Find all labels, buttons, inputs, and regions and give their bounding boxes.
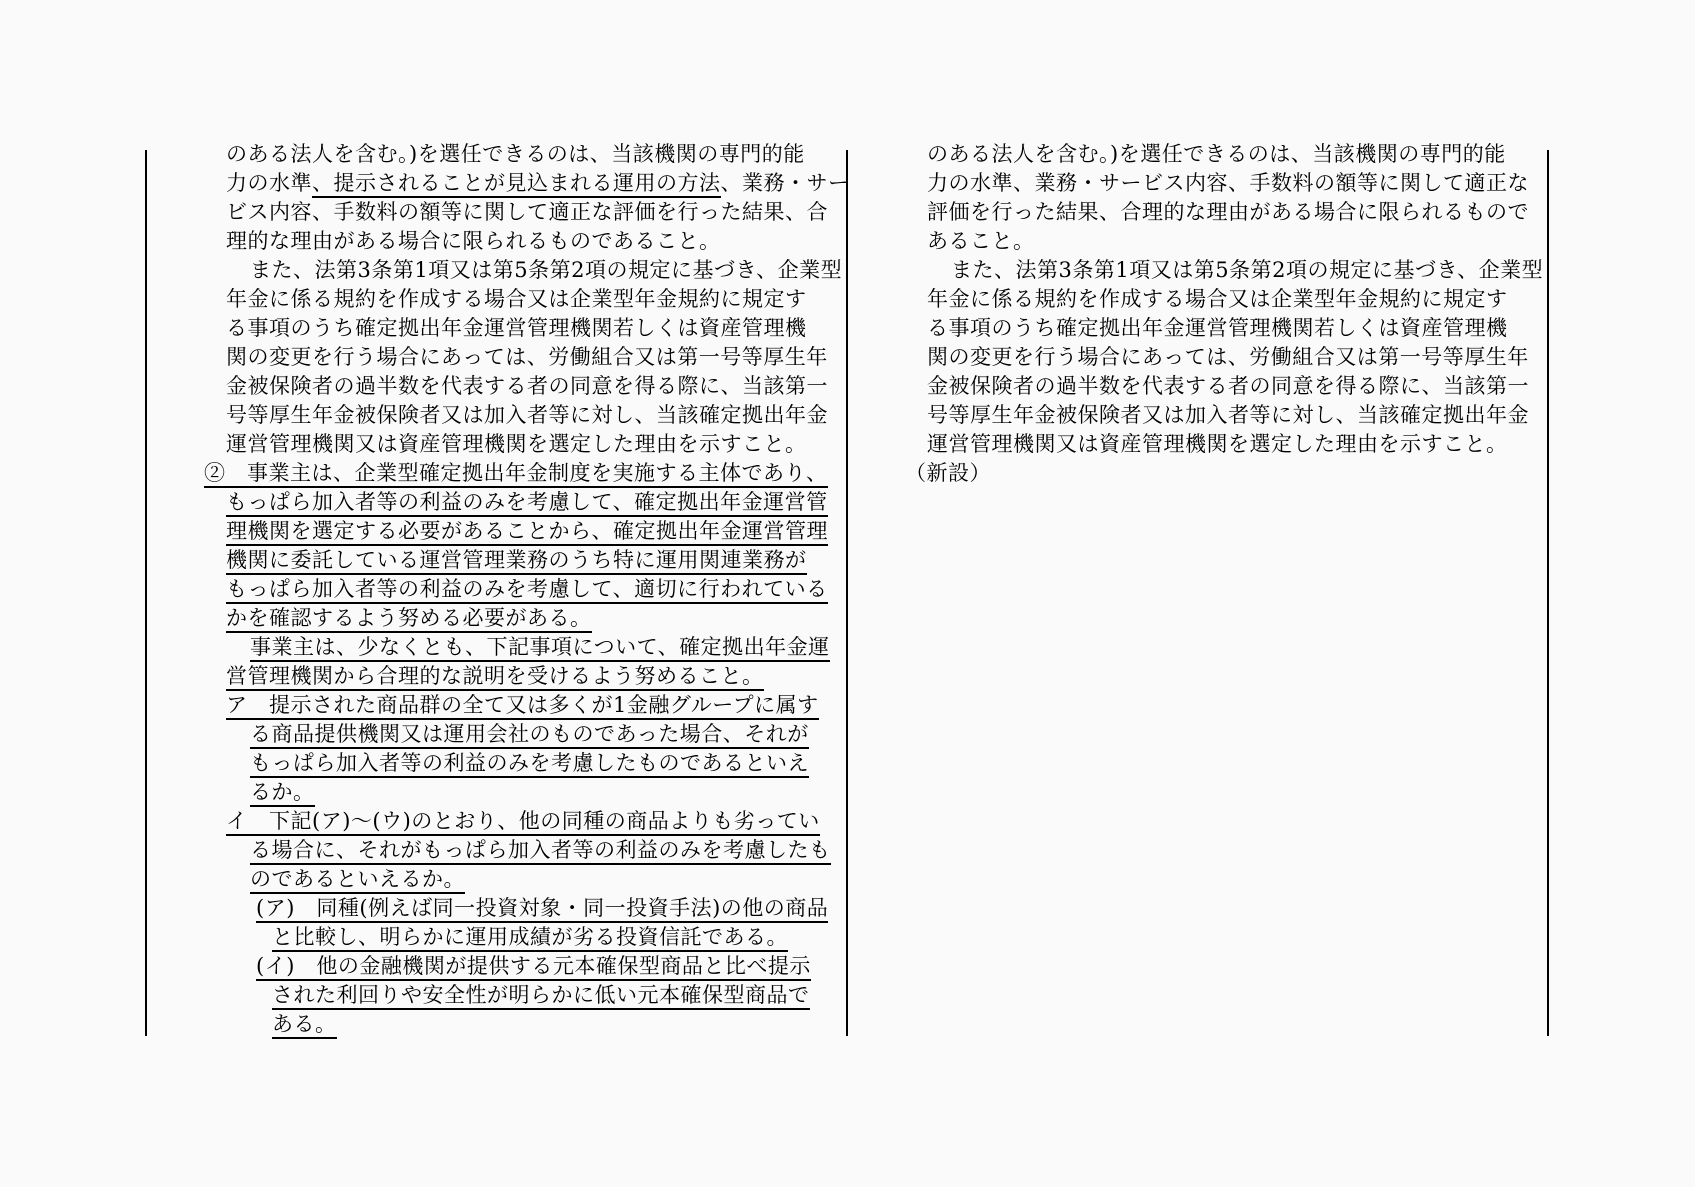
underlined-text-segment: る商品提供機関又は運用会社のものであった場合、それが [250,722,809,749]
text-line: 力の水準、提示されることが見込まれる運用の方法、業務・サー [204,169,854,198]
text-segment: 関の変更を行う場合にあっては、労働組合又は第一号等厚生年 [927,345,1529,369]
text-line: る商品提供機関又は運用会社のものであった場合、それが [204,720,854,749]
text-line: あること。 [905,227,1555,256]
text-line: 理機関を選定する必要があることから、確定拠出年金運営管理 [204,517,854,546]
text-segment: また、法第3条第1項又は第5条第2項の規定に基づき、企業型 [250,258,842,282]
text-line: 機関に委託している運営管理業務のうち特に運用関連業務が [204,546,854,575]
text-line: 号等厚生年金被保険者又は加入者等に対し、当該確定拠出年金 [905,401,1555,430]
text-line: 事業主は、少なくとも、下記事項について、確定拠出年金運 [204,633,854,662]
text-line: 年金に係る規約を作成する場合又は企業型年金規約に規定す [905,285,1555,314]
text-line: る事項のうち確定拠出年金運営管理機関若しくは資産管理機 [204,314,854,343]
text-line: ある。 [204,1010,854,1039]
text-line: 年金に係る規約を作成する場合又は企業型年金規約に規定す [204,285,854,314]
underlined-text-segment: された利回りや安全性が明らかに低い元本確保型商品で [272,983,810,1010]
underlined-text-segment: ア 提示された商品群の全て又は多くが1金融グループに属す [226,693,819,720]
text-line: る場合に、それがもっぱら加入者等の利益のみを考慮したも [204,836,854,865]
text-line: (イ) 他の金融機関が提供する元本確保型商品と比べ提示 [204,952,854,981]
underlined-text-segment: 営管理機関から合理的な説明を受けるよう努めること。 [226,664,764,691]
text-segment: 評価を行った結果、合理的な理由がある場合に限られるもので [927,200,1529,224]
underlined-text-segment: のであるといえるか。 [250,867,465,894]
text-line: ② 事業主は、企業型確定拠出年金制度を実施する主体であり、 [204,459,854,488]
underlined-text-segment: るか。 [250,780,315,807]
text-segment: 年金に係る規約を作成する場合又は企業型年金規約に規定す [927,287,1508,311]
underlined-text-segment: かを確認するよう努める必要がある。 [226,606,592,633]
text-line: もっぱら加入者等の利益のみを考慮して、適切に行われている [204,575,854,604]
text-segment: 力の水準 [226,171,312,195]
text-line: のある法人を含む。)を選任できるのは、当該機関の専門的能 [204,140,854,169]
text-segment: あること。 [927,229,1035,253]
text-line: また、法第3条第1項又は第5条第2項の規定に基づき、企業型 [204,256,854,285]
text-segment: のある法人を含む。)を選任できるのは、当該機関の専門的能 [226,142,805,166]
text-line: 力の水準、業務・サービス内容、手数料の額等に関して適正な [905,169,1555,198]
underlined-text-segment: る場合に、それがもっぱら加入者等の利益のみを考慮したも [250,838,831,865]
text-line: 号等厚生年金被保険者又は加入者等に対し、当該確定拠出年金 [204,401,854,430]
text-line: 関の変更を行う場合にあっては、労働組合又は第一号等厚生年 [905,343,1555,372]
text-line: ア 提示された商品群の全て又は多くが1金融グループに属す [204,691,854,720]
underlined-text-segment: ある。 [272,1012,337,1039]
text-segment: 理的な理由がある場合に限られるものであること。 [226,229,721,253]
text-line: 理的な理由がある場合に限られるものであること。 [204,227,854,256]
text-line: (ア) 同種(例えば同一投資対象・同一投資手法)の他の商品 [204,894,854,923]
text-line: 金被保険者の過半数を代表する者の同意を得る際に、当該第一 [905,372,1555,401]
text-line: 営管理機関から合理的な説明を受けるよう努めること。 [204,662,854,691]
underlined-text-segment: 、提示されることが見込まれる運用の方法 [312,171,721,198]
text-line: のある法人を含む。)を選任できるのは、当該機関の専門的能 [905,140,1555,169]
text-line: る事項のうち確定拠出年金運営管理機関若しくは資産管理機 [905,314,1555,343]
text-segment: 運営管理機関又は資産管理機関を選定した理由を示すこと。 [226,432,807,456]
text-segment: 、業務・サー [721,171,850,195]
text-line: 評価を行った結果、合理的な理由がある場合に限られるもので [905,198,1555,227]
text-segment: （新設） [905,461,991,485]
text-segment: る事項のうち確定拠出年金運営管理機関若しくは資産管理機 [226,316,807,340]
underlined-text-segment: 事業主は、少なくとも、下記事項について、確定拠出年金運 [250,635,830,662]
amended-text-column: のある法人を含む。)を選任できるのは、当該機関の専門的能力の水準、提示されること… [204,140,854,1039]
text-line: （新設） [905,459,1555,488]
text-line: イ 下記(ア)～(ウ)のとおり、他の同種の商品よりも劣ってい [204,807,854,836]
underlined-text-segment: イ 下記(ア)～(ウ)のとおり、他の同種の商品よりも劣ってい [226,809,820,836]
underlined-text-segment: もっぱら加入者等の利益のみを考慮して、確定拠出年金運営管 [226,490,828,517]
text-line: かを確認するよう努める必要がある。 [204,604,854,633]
text-line: また、法第3条第1項又は第5条第2項の規定に基づき、企業型 [905,256,1555,285]
text-line: 運営管理機関又は資産管理機関を選定した理由を示すこと。 [204,430,854,459]
text-line: 金被保険者の過半数を代表する者の同意を得る際に、当該第一 [204,372,854,401]
text-segment: ビス内容、手数料の額等に関して適正な評価を行った結果、合 [226,200,828,224]
text-segment: 金被保険者の過半数を代表する者の同意を得る際に、当該第一 [226,374,828,398]
text-segment: 金被保険者の過半数を代表する者の同意を得る際に、当該第一 [927,374,1529,398]
text-line: 運営管理機関又は資産管理機関を選定した理由を示すこと。 [905,430,1555,459]
underlined-text-segment: 理機関を選定する必要があることから、確定拠出年金運営管理 [226,519,828,546]
table-rule-left [145,150,147,1036]
text-line: もっぱら加入者等の利益のみを考慮したものであるといえ [204,749,854,778]
underlined-text-segment: ② 事業主は、企業型確定拠出年金制度を実施する主体であり、 [204,461,828,488]
underlined-text-segment: (ア) 同種(例えば同一投資対象・同一投資手法)の他の商品 [256,896,828,923]
text-segment: また、法第3条第1項又は第5条第2項の規定に基づき、企業型 [951,258,1543,282]
underlined-text-segment: 機関に委託している運営管理業務のうち特に運用関連業務が [226,548,807,575]
text-segment: 号等厚生年金被保険者又は加入者等に対し、当該確定拠出年金 [927,403,1529,427]
text-line: ビス内容、手数料の額等に関して適正な評価を行った結果、合 [204,198,854,227]
underlined-text-segment: もっぱら加入者等の利益のみを考慮したものであるといえ [250,751,809,778]
text-segment: 力の水準、業務・サービス内容、手数料の額等に関して適正な [927,171,1529,195]
text-line: された利回りや安全性が明らかに低い元本確保型商品で [204,981,854,1010]
text-segment: 年金に係る規約を作成する場合又は企業型年金規約に規定す [226,287,807,311]
text-segment: 号等厚生年金被保険者又は加入者等に対し、当該確定拠出年金 [226,403,828,427]
underlined-text-segment: もっぱら加入者等の利益のみを考慮して、適切に行われている [226,577,828,604]
text-segment: る事項のうち確定拠出年金運営管理機関若しくは資産管理機 [927,316,1508,340]
text-line: もっぱら加入者等の利益のみを考慮して、確定拠出年金運営管 [204,488,854,517]
current-text-column: のある法人を含む。)を選任できるのは、当該機関の専門的能力の水準、業務・サービス… [905,140,1555,488]
text-segment: 運営管理機関又は資産管理機関を選定した理由を示すこと。 [927,432,1508,456]
text-line: 関の変更を行う場合にあっては、労働組合又は第一号等厚生年 [204,343,854,372]
comparison-table-page: のある法人を含む。)を選任できるのは、当該機関の専門的能力の水準、提示されること… [0,0,1695,1187]
text-segment: のある法人を含む。)を選任できるのは、当該機関の専門的能 [927,142,1506,166]
text-line: のであるといえるか。 [204,865,854,894]
text-line: るか。 [204,778,854,807]
underlined-text-segment: (イ) 他の金融機関が提供する元本確保型商品と比べ提示 [256,954,811,981]
text-segment: 関の変更を行う場合にあっては、労働組合又は第一号等厚生年 [226,345,828,369]
text-line: と比較し、明らかに運用成績が劣る投資信託である。 [204,923,854,952]
underlined-text-segment: と比較し、明らかに運用成績が劣る投資信託である。 [272,925,788,952]
